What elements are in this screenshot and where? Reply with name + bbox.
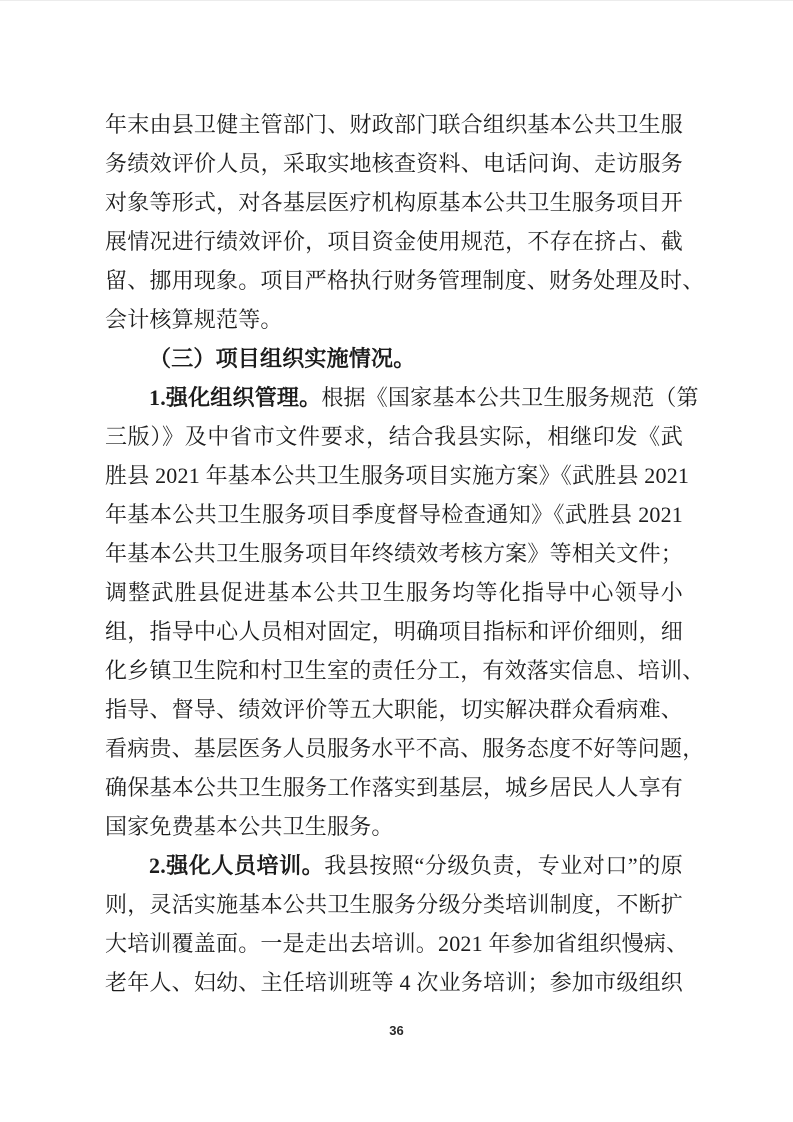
- text-run: 化乡镇卫生院和村卫生室的责任分工，有效落实信息、培训、: [105, 658, 704, 683]
- text-run: 大培训覆盖面。一是走出去培训。2021 年参加省组织慢病、: [105, 931, 688, 956]
- body-line: 胜县 2021 年基本公共卫生服务项目实施方案》《武胜县 2021: [105, 456, 683, 495]
- document-page: 年末由县卫健主管部门、财政部门联合组织基本公共卫生服务绩效评价人员，采取实地核查…: [0, 0, 793, 1122]
- text-run: 对象等形式，对各基层医疗机构原基本公共卫生服务项目开: [105, 190, 683, 215]
- bold-text-run: 2.强化人员培训。: [149, 853, 324, 878]
- text-run: 则，灵活实施基本公共卫生服务分级分类培训制度，不断扩: [105, 892, 683, 917]
- body-line: 确保基本公共卫生服务工作落实到基层，城乡居民人人享有: [105, 768, 683, 807]
- text-run: 年基本公共卫生服务项目季度督导检查通知》《武胜县 2021: [105, 502, 683, 527]
- body-line: 年基本公共卫生服务项目季度督导检查通知》《武胜县 2021: [105, 495, 683, 534]
- text-run: 务绩效评价人员，采取实地核查资料、电话问询、走访服务: [105, 151, 683, 176]
- text-run: 三版）》及中省市文件要求，结合我县实际，相继印发《武: [105, 424, 683, 449]
- text-run: 年末由县卫健主管部门、财政部门联合组织基本公共卫生服: [105, 112, 683, 137]
- body-line: 则，灵活实施基本公共卫生服务分级分类培训制度，不断扩: [105, 885, 683, 924]
- text-block: 年末由县卫健主管部门、财政部门联合组织基本公共卫生服务绩效评价人员，采取实地核查…: [105, 105, 683, 1002]
- body-line: 留、挪用现象。项目严格执行财务管理制度、财务处理及时、: [105, 261, 683, 300]
- text-run: 指导、督导、绩效评价等五大职能，切实解决群众看病难、: [105, 697, 683, 722]
- body-line: 年基本公共卫生服务项目年终绩效考核方案》等相关文件；: [105, 534, 683, 573]
- text-run: 我县按照“分级负责，专业对口”的原: [324, 853, 683, 878]
- text-run: 胜县 2021 年基本公共卫生服务项目实施方案》《武胜县 2021: [105, 463, 689, 488]
- body-line: 2.强化人员培训。我县按照“分级负责，专业对口”的原: [105, 846, 683, 885]
- bold-text-run: （三）项目组织实施情况。: [149, 346, 415, 371]
- body-line: 三版）》及中省市文件要求，结合我县实际，相继印发《武: [105, 417, 683, 456]
- body-line: 老年人、妇幼、主任培训班等 4 次业务培训；参加市级组织: [105, 963, 683, 1002]
- text-run: 国家免费基本公共卫生服务。: [105, 814, 394, 839]
- text-run: 确保基本公共卫生服务工作落实到基层，城乡居民人人享有: [105, 775, 683, 800]
- text-run: 调整武胜县促进基本公共卫生服务均等化指导中心领导小: [105, 580, 683, 605]
- text-run: 看病贵、基层医务人员服务水平不高、服务态度不好等问题，: [105, 736, 704, 761]
- text-run: 年基本公共卫生服务项目年终绩效考核方案》等相关文件；: [105, 541, 683, 566]
- body-line: 1.强化组织管理。根据《国家基本公共卫生服务规范（第: [105, 378, 683, 417]
- text-run: 组，指导中心人员相对固定，明确项目指标和评价细则，细: [105, 619, 683, 644]
- text-run: 老年人、妇幼、主任培训班等 4 次业务培训；参加市级组织: [105, 970, 683, 995]
- body-line: 化乡镇卫生院和村卫生室的责任分工，有效落实信息、培训、: [105, 651, 683, 690]
- body-line: 展情况进行绩效评价，项目资金使用规范，不存在挤占、截: [105, 222, 683, 261]
- body-line: 会计核算规范等。: [105, 300, 683, 339]
- body-line: 大培训覆盖面。一是走出去培训。2021 年参加省组织慢病、: [105, 924, 683, 963]
- page-number: 36: [389, 1023, 403, 1038]
- text-run: 会计核算规范等。: [105, 307, 283, 332]
- body-line: 指导、督导、绩效评价等五大职能，切实解决群众看病难、: [105, 690, 683, 729]
- text-run: 留、挪用现象。项目严格执行财务管理制度、财务处理及时、: [105, 268, 704, 293]
- body-line: 组，指导中心人员相对固定，明确项目指标和评价细则，细: [105, 612, 683, 651]
- body-line: 年末由县卫健主管部门、财政部门联合组织基本公共卫生服: [105, 105, 683, 144]
- section-heading: （三）项目组织实施情况。: [105, 339, 683, 378]
- text-run: 展情况进行绩效评价，项目资金使用规范，不存在挤占、截: [105, 229, 683, 254]
- body-line: 调整武胜县促进基本公共卫生服务均等化指导中心领导小: [105, 573, 683, 612]
- body-line: 国家免费基本公共卫生服务。: [105, 807, 683, 846]
- bold-text-run: 1.强化组织管理。: [149, 385, 321, 410]
- text-run: 根据《国家基本公共卫生服务规范（第: [321, 385, 698, 410]
- body-line: 对象等形式，对各基层医疗机构原基本公共卫生服务项目开: [105, 183, 683, 222]
- body-line: 务绩效评价人员，采取实地核查资料、电话问询、走访服务: [105, 144, 683, 183]
- page-footer: 36: [0, 1023, 793, 1038]
- body-line: 看病贵、基层医务人员服务水平不高、服务态度不好等问题，: [105, 729, 683, 768]
